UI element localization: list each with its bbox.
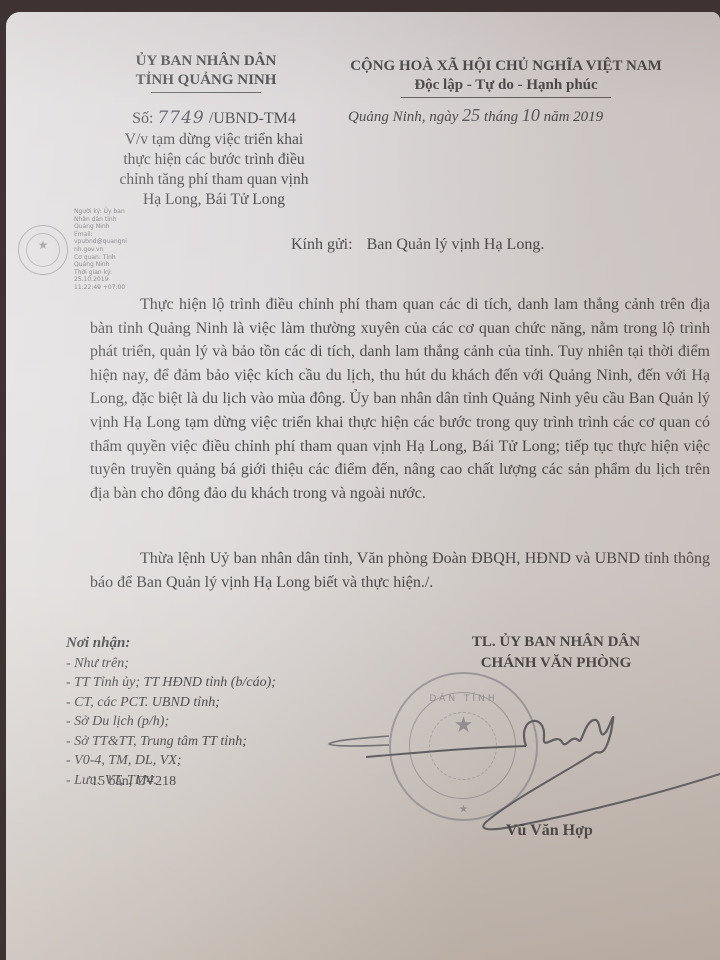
digisig-line: Người ký: Ủy ban xyxy=(74,208,154,216)
recipients-title: Nơi nhận: xyxy=(66,634,366,654)
digisig-line: Cơ quan: Tỉnh xyxy=(74,254,154,262)
addressee: Kính gửi: Ban Quản lý vịnh Hạ Long. xyxy=(291,236,544,254)
number-prefix: Số: xyxy=(132,110,153,127)
copies-count: 15 bản, CV218 xyxy=(91,774,176,790)
recipient-item: - Sở TT&TT, Trung tâm TT tỉnh; xyxy=(66,732,366,752)
digisig-line: Quảng Ninh xyxy=(74,261,154,269)
national-header: CỘNG HOÀ XÃ HỘI CHỦ NGHĨA VIỆT NAM Độc l… xyxy=(326,57,686,98)
date-month: 10 xyxy=(522,105,540,125)
digital-signature-info: Người ký: Ủy ban Nhân dân tỉnh Quảng Nin… xyxy=(74,208,154,292)
digital-seal-icon: ★ xyxy=(18,225,68,275)
subject-line: thực hiện các bước trình điều xyxy=(94,150,334,170)
addressee-recipient: Ban Quản lý vịnh Hạ Long. xyxy=(367,236,545,253)
subject-line: V/v tạm dừng việc triển khai xyxy=(94,130,334,150)
signature-title-2: CHÁNH VĂN PHÒNG xyxy=(426,653,686,674)
recipients-list: Nơi nhận: - Như trên; - TT Tỉnh ủy; TT H… xyxy=(66,634,366,790)
date-year: năm 2019 xyxy=(544,109,604,125)
subject-line: Hạ Long, Bái Tử Long xyxy=(94,190,334,210)
signature-block: TL. ỦY BAN NHÂN DÂN CHÁNH VĂN PHÒNG xyxy=(426,632,686,674)
recipient-item: - Như trên; xyxy=(66,654,366,674)
recipient-item: - CT, các PCT. UBND tỉnh; xyxy=(66,693,366,713)
signer-name: Vũ Văn Hợp xyxy=(506,822,593,840)
body-paragraph-2: Thừa lệnh Uỷ ban nhân dân tỉnh, Văn phòn… xyxy=(90,547,710,594)
digisig-line: nh.gov.vn xyxy=(74,246,154,254)
pen-mark-icon xyxy=(324,732,394,752)
addressee-label: Kính gửi: xyxy=(291,236,353,253)
body-paragraph-1: Thực hiện lộ trình điều chỉnh phí tham q… xyxy=(90,293,710,505)
document-page: ỦY BAN NHÂN DÂN TỈNH QUẢNG NINH CỘNG HOÀ… xyxy=(6,12,720,960)
document-number: Số: 7749 /UBND-TM4 xyxy=(94,108,334,129)
stamp-text: DÂN TỈNH xyxy=(391,694,536,704)
issuer-header: ỦY BAN NHÂN DÂN TỈNH QUẢNG NINH xyxy=(86,52,326,93)
digisig-line: 25.10.2019 xyxy=(74,276,154,284)
digisig-line: vpubnd@quangni xyxy=(74,238,154,246)
number-suffix: /UBND-TM4 xyxy=(209,110,296,127)
national-underline xyxy=(401,97,611,98)
subject-line: chỉnh tăng phí tham quan vịnh xyxy=(94,170,334,190)
document-subject: V/v tạm dừng việc triển khai thực hiện c… xyxy=(94,130,334,210)
date-day: 25 xyxy=(462,105,480,125)
issuer-line-1: ỦY BAN NHÂN DÂN xyxy=(86,52,326,71)
digisig-line: Email: xyxy=(74,231,154,239)
date-month-label: tháng xyxy=(484,109,518,125)
date-place: Quảng Ninh, ngày xyxy=(348,109,458,125)
national-motto-line-1: CỘNG HOÀ XÃ HỘI CHỦ NGHĨA VIỆT NAM xyxy=(326,57,686,76)
digisig-line: Thời gian ký: xyxy=(74,269,154,277)
recipient-item: - V0-4, TM, DL, VX; xyxy=(66,751,366,771)
signature-title-1: TL. ỦY BAN NHÂN DÂN xyxy=(426,632,686,653)
recipient-item: - TT Tỉnh ủy; TT HĐND tỉnh (b/cáo); xyxy=(66,673,366,693)
issuer-line-2: TỈNH QUẢNG NINH xyxy=(86,71,326,90)
issuer-underline xyxy=(151,92,261,93)
digisig-line: Quảng Ninh xyxy=(74,223,154,231)
recipient-item: - Sở Du lịch (p/h); xyxy=(66,712,366,732)
digisig-line: 11:22:49 +07:00 xyxy=(74,284,154,292)
number-handwritten: 7749 xyxy=(157,108,204,128)
digisig-line: Nhân dân tỉnh xyxy=(74,216,154,224)
document-date: Quảng Ninh, ngày 25 tháng 10 năm 2019 xyxy=(348,105,698,126)
national-motto-line-2: Độc lập - Tự do - Hạnh phúc xyxy=(326,76,686,95)
